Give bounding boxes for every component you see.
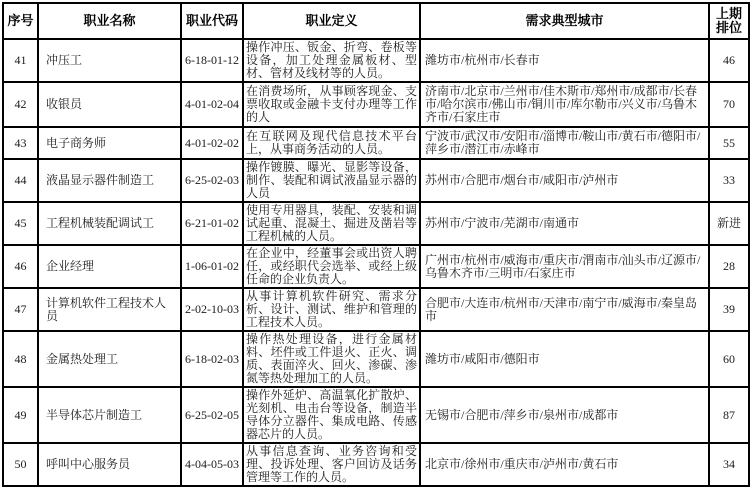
table-row: 46 企业经理 1-06-01-02 在企业中，经董事会或出资人聘任，或经职代会…: [3, 245, 749, 288]
cell-demand-cities: 北京市/徐州市/重庆市/泸州市/黄石市: [420, 443, 709, 486]
cell-index: 46: [3, 245, 38, 288]
cell-index: 45: [3, 202, 38, 245]
cell-demand-cities: 潍坊市/杭州市/长春市: [420, 39, 709, 82]
cell-occupation-name: 工程机械装配调试工: [38, 202, 181, 245]
table-row: 43 电子商务师 4-01-02-02 在互联网及现代信息技术平台上，从事商务活…: [3, 127, 749, 159]
cell-index: 48: [3, 331, 38, 387]
cell-index: 50: [3, 443, 38, 486]
table-header: 序号 职业名称 职业代码 职业定义 需求典型城市 上期排位: [3, 3, 749, 39]
cell-occupation-name: 半导体芯片制造工: [38, 387, 181, 443]
cell-occupation-code: 4-01-02-04: [181, 82, 243, 127]
cell-occupation-name: 电子商务师: [38, 127, 181, 159]
cell-occupation-definition: 操作外延炉、高温氧化扩散炉、光刻机、电击台等设备，制造半导体分立器件、集成电路、…: [243, 387, 420, 443]
table-row: 47 计算机软件工程技术人员 2-02-10-03 从事计算机软件研究、需求分析…: [3, 288, 749, 331]
cell-index: 44: [3, 159, 38, 202]
cell-demand-cities: 潍坊市/咸阳市/德阳市: [420, 331, 709, 387]
cell-previous-rank: 55: [709, 127, 749, 159]
column-header-index: 序号: [3, 3, 38, 39]
cell-demand-cities: 苏州市/宁波市/芜湖市/南通市: [420, 202, 709, 245]
cell-index: 43: [3, 127, 38, 159]
cell-occupation-name: 液晶显示器件制造工: [38, 159, 181, 202]
cell-demand-cities: 广州市/杭州市/威海市/重庆市/渭南市/汕头市/辽源市/乌鲁木齐市/三明市/石家…: [420, 245, 709, 288]
cell-occupation-name: 金属热处理工: [38, 331, 181, 387]
cell-occupation-code: 2-02-10-03: [181, 288, 243, 331]
cell-index: 42: [3, 82, 38, 127]
cell-index: 47: [3, 288, 38, 331]
cell-previous-rank: 33: [709, 159, 749, 202]
cell-previous-rank: 34: [709, 443, 749, 486]
cell-index: 49: [3, 387, 38, 443]
cell-demand-cities: 合肥市/大连市/杭州市/天津市/南宁市/威海市/秦皇岛市: [420, 288, 709, 331]
cell-demand-cities: 济南市/北京市/兰州市/佳木斯市/郑州市/成都市/长春市/哈尔滨市/佛山市/铜川…: [420, 82, 709, 127]
cell-previous-rank: 60: [709, 331, 749, 387]
cell-occupation-code: 4-04-05-03: [181, 443, 243, 486]
table-row: 45 工程机械装配调试工 6-21-01-02 使用专用器具，装配、安装和调试起…: [3, 202, 749, 245]
cell-occupation-code: 6-25-02-05: [181, 387, 243, 443]
cell-occupation-name: 企业经理: [38, 245, 181, 288]
column-header-occupation-code: 职业代码: [181, 3, 243, 39]
table-row: 49 半导体芯片制造工 6-25-02-05 操作外延炉、高温氧化扩散炉、光刻机…: [3, 387, 749, 443]
cell-demand-cities: 宁波市/武汉市/安阳市/淄博市/鞍山市/黄石市/德阳市/萍乡市/潜江市/赤峰市: [420, 127, 709, 159]
cell-demand-cities: 无锡市/合肥市/萍乡市/泉州市/成都市: [420, 387, 709, 443]
header-row: 序号 职业名称 职业代码 职业定义 需求典型城市 上期排位: [3, 3, 749, 39]
cell-occupation-code: 6-21-01-02: [181, 202, 243, 245]
cell-occupation-code: 4-01-02-02: [181, 127, 243, 159]
cell-occupation-definition: 使用专用器具，装配、安装和调试起重、混凝土、掘进及凿岩等工程机械的人员。: [243, 202, 420, 245]
cell-occupation-name: 冲压工: [38, 39, 181, 82]
table-row: 41 冲压工 6-18-01-12 操作冲压、钣金、折弯、卷板等设备，加工处理金…: [3, 39, 749, 82]
cell-occupation-code: 6-18-01-12: [181, 39, 243, 82]
column-header-previous-rank: 上期排位: [709, 3, 749, 39]
cell-previous-rank: 87: [709, 387, 749, 443]
cell-occupation-definition: 从事计算机软件研究、需求分析、设计、测试、维护和管理的工程技术人员。: [243, 288, 420, 331]
cell-occupation-definition: 从事信息查询、业务咨询和受理、投诉处理、客户回访及话务管理等工作的人员。: [243, 443, 420, 486]
cell-occupation-code: 1-06-01-02: [181, 245, 243, 288]
table-row: 42 收银员 4-01-02-04 在消费场所，从事顾客现金、支票收取或金融卡支…: [3, 82, 749, 127]
cell-occupation-name: 呼叫中心服务员: [38, 443, 181, 486]
cell-demand-cities: 苏州市/合肥市/烟台市/咸阳市/泸州市: [420, 159, 709, 202]
cell-previous-rank: 39: [709, 288, 749, 331]
cell-occupation-code: 6-25-02-03: [181, 159, 243, 202]
cell-occupation-name: 收银员: [38, 82, 181, 127]
column-header-occupation-name: 职业名称: [38, 3, 181, 39]
column-header-occupation-definition: 职业定义: [243, 3, 420, 39]
table-row: 50 呼叫中心服务员 4-04-05-03 从事信息查询、业务咨询和受理、投诉处…: [3, 443, 749, 486]
document-page: 序号 职业名称 职业代码 职业定义 需求典型城市 上期排位 41 冲压工 6-1…: [0, 0, 750, 489]
cell-occupation-code: 6-18-02-03: [181, 331, 243, 387]
table-row: 44 液晶显示器件制造工 6-25-02-03 操作镀膜、曝光、显影等设备，制作…: [3, 159, 749, 202]
column-header-demand-cities: 需求典型城市: [420, 3, 709, 39]
cell-previous-rank: 70: [709, 82, 749, 127]
cell-occupation-definition: 在企业中，经董事会或出资人聘任，或经职代会选举、或经上级任命的企业负责人。: [243, 245, 420, 288]
cell-occupation-definition: 操作镀膜、曝光、显影等设备，制作、装配和调试液晶显示器的人员: [243, 159, 420, 202]
cell-occupation-definition: 在消费场所，从事顾客现金、支票收取或金融卡支付办理等工作的人: [243, 82, 420, 127]
table-body: 41 冲压工 6-18-01-12 操作冲压、钣金、折弯、卷板等设备，加工处理金…: [3, 39, 749, 486]
cell-previous-rank: 新进: [709, 202, 749, 245]
cell-occupation-definition: 操作热处理设备，进行金属材料、坯件或工件退火、正火、调质、表面淬火、回火、渗碳、…: [243, 331, 420, 387]
cell-previous-rank: 46: [709, 39, 749, 82]
cell-occupation-definition: 操作冲压、钣金、折弯、卷板等设备，加工处理金属板材、型材、管材及线材等的人员。: [243, 39, 420, 82]
table-row: 48 金属热处理工 6-18-02-03 操作热处理设备，进行金属材料、坯件或工…: [3, 331, 749, 387]
cell-occupation-definition: 在互联网及现代信息技术平台上，从事商务活动的人员。: [243, 127, 420, 159]
cell-previous-rank: 28: [709, 245, 749, 288]
cell-index: 41: [3, 39, 38, 82]
cell-occupation-name: 计算机软件工程技术人员: [38, 288, 181, 331]
occupation-ranking-table: 序号 职业名称 职业代码 职业定义 需求典型城市 上期排位 41 冲压工 6-1…: [2, 2, 750, 487]
